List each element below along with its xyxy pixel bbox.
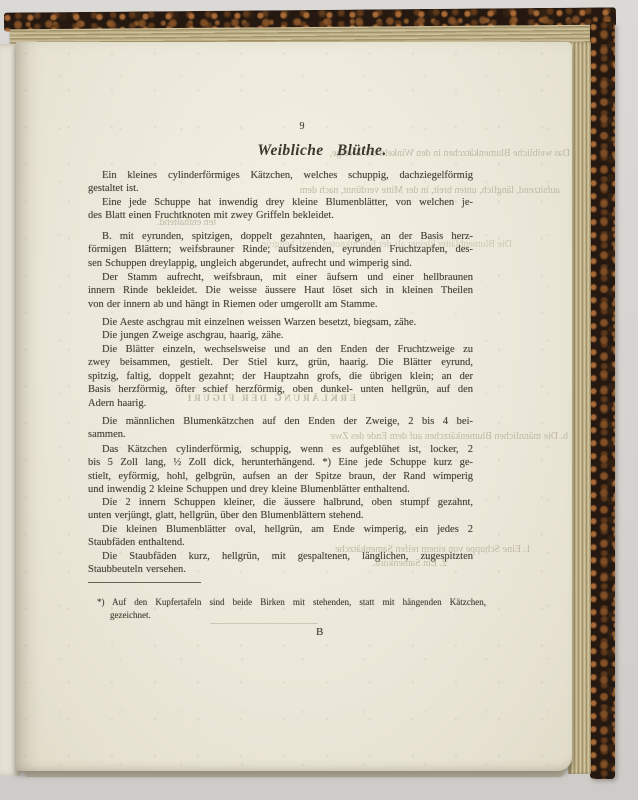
text-line: Die 2 innern Schuppen kleiner, die äusse… bbox=[88, 496, 473, 509]
text-line: sammen. bbox=[88, 428, 473, 441]
text-line: förmigen Blättern; weifsbrauner Rinde; a… bbox=[88, 243, 473, 256]
text-line: unten verjüngt, glatt, hellgrün, über de… bbox=[88, 509, 473, 522]
text-line: Der Stamm aufrecht, weifsbraun, mit eine… bbox=[88, 271, 473, 284]
text-line: Staubbeuteln versehen. bbox=[88, 563, 473, 576]
text-line: Die Blätter einzeln, wechselsweise und a… bbox=[88, 343, 473, 356]
footnote-rule bbox=[88, 582, 201, 583]
paragraph: Ein kleines cylinderförmiges Kätzchen, w… bbox=[88, 169, 473, 196]
footnote-line: *) Auf den Kupfertafeln sind beide Birke… bbox=[97, 596, 486, 609]
footnote-line: gezeichnet. bbox=[97, 609, 486, 622]
text-line: Die jungen Zweige aschgrau, haarig, zähe… bbox=[88, 329, 473, 342]
paragraph: Das Kätzchen cylinderförmig, schuppig, w… bbox=[88, 443, 473, 497]
text-line: sen Schuppen dreylappig, ungleich abgeru… bbox=[88, 257, 473, 270]
book-page: Das weibliche Blumenkätzchen in den Wink… bbox=[16, 42, 572, 771]
text-line: stielt, eyförmig, hohl, gelbgrün, aufsen… bbox=[88, 470, 473, 483]
text-line: Die männlichen Blumenkätzchen auf den En… bbox=[88, 415, 473, 428]
paragraph: Eine jede Schuppe hat inwendig drey klei… bbox=[88, 196, 473, 223]
showthrough-rule bbox=[210, 623, 318, 624]
text-line: Ein kleines cylinderförmiges Kätzchen, w… bbox=[88, 169, 473, 182]
text-line: bis 5 Zoll lang, ½ Zoll dick, herunterhä… bbox=[88, 456, 473, 469]
text-line: Eine jede Schuppe hat inwendig drey klei… bbox=[88, 196, 473, 209]
text-line: Adern haarig. bbox=[88, 397, 473, 410]
text-line: Das Kätzchen cylinderförmig, schuppig, w… bbox=[88, 443, 473, 456]
text-line: spitzig, faltig, doppelt gezahnt; der Ha… bbox=[88, 370, 473, 383]
footnote: *) Auf den Kupfertafeln sind beide Birke… bbox=[97, 596, 486, 622]
text-line: Basis herzförmig, öfter schief herzförmi… bbox=[88, 383, 473, 396]
text-line: Die Aeste aschgrau mit einzelnen weissen… bbox=[88, 316, 473, 329]
text-line: und inwendig 2 kleine Schuppen und drey … bbox=[88, 483, 473, 496]
paragraph: Die männlichen Blumenkätzchen auf den En… bbox=[88, 415, 473, 442]
book-cover-right-edge bbox=[590, 22, 615, 779]
text-line: von der innern ab und hängt in Riemen od… bbox=[88, 298, 473, 311]
paragraph: Der Stamm aufrecht, weifsbraun, mit eine… bbox=[88, 271, 473, 311]
paragraph: Die Aeste aschgrau mit einzelnen weissen… bbox=[88, 316, 473, 329]
paragraph: Die Staubfäden kurz, hellgrün, mit gespa… bbox=[88, 550, 473, 577]
text-line: Staubfäden enthaltend. bbox=[88, 536, 473, 549]
text-line: zwey beisammen, gestielt. Der Stiel kurz… bbox=[88, 356, 473, 369]
page-number: 9 bbox=[88, 121, 494, 132]
paragraph: Die Blätter einzeln, wechselsweise und a… bbox=[88, 343, 473, 410]
text-line: gestaltet ist. bbox=[88, 182, 473, 195]
paragraph: Die jungen Zweige aschgrau, haarig, zähe… bbox=[88, 329, 473, 342]
text-line: Die Staubfäden kurz, hellgrün, mit gespa… bbox=[88, 550, 473, 563]
text-line: Die kleinen Blumenblätter oval, hellgrün… bbox=[88, 523, 473, 536]
page-bottom-edge bbox=[24, 770, 566, 777]
scanned-book-photo: Das weibliche Blumenkätzchen in den Wink… bbox=[0, 0, 638, 800]
paragraph: Die kleinen Blumenblätter oval, hellgrün… bbox=[88, 523, 473, 550]
text-line: des Blatt einen Fruchtknoten mit zwey Gr… bbox=[88, 209, 473, 222]
signature-mark: B bbox=[316, 626, 323, 638]
text-line: innern Rinde bekleidet. Die weisse äusse… bbox=[88, 284, 473, 297]
text-line: B. mit eyrunden, spitzigen, doppelt geza… bbox=[88, 230, 473, 243]
paragraph: B. mit eyrunden, spitzigen, doppelt geza… bbox=[88, 230, 473, 270]
paragraph: Die 2 innern Schuppen kleiner, die äusse… bbox=[88, 496, 473, 523]
section-heading: Weibliche Blüthe. bbox=[88, 142, 514, 160]
